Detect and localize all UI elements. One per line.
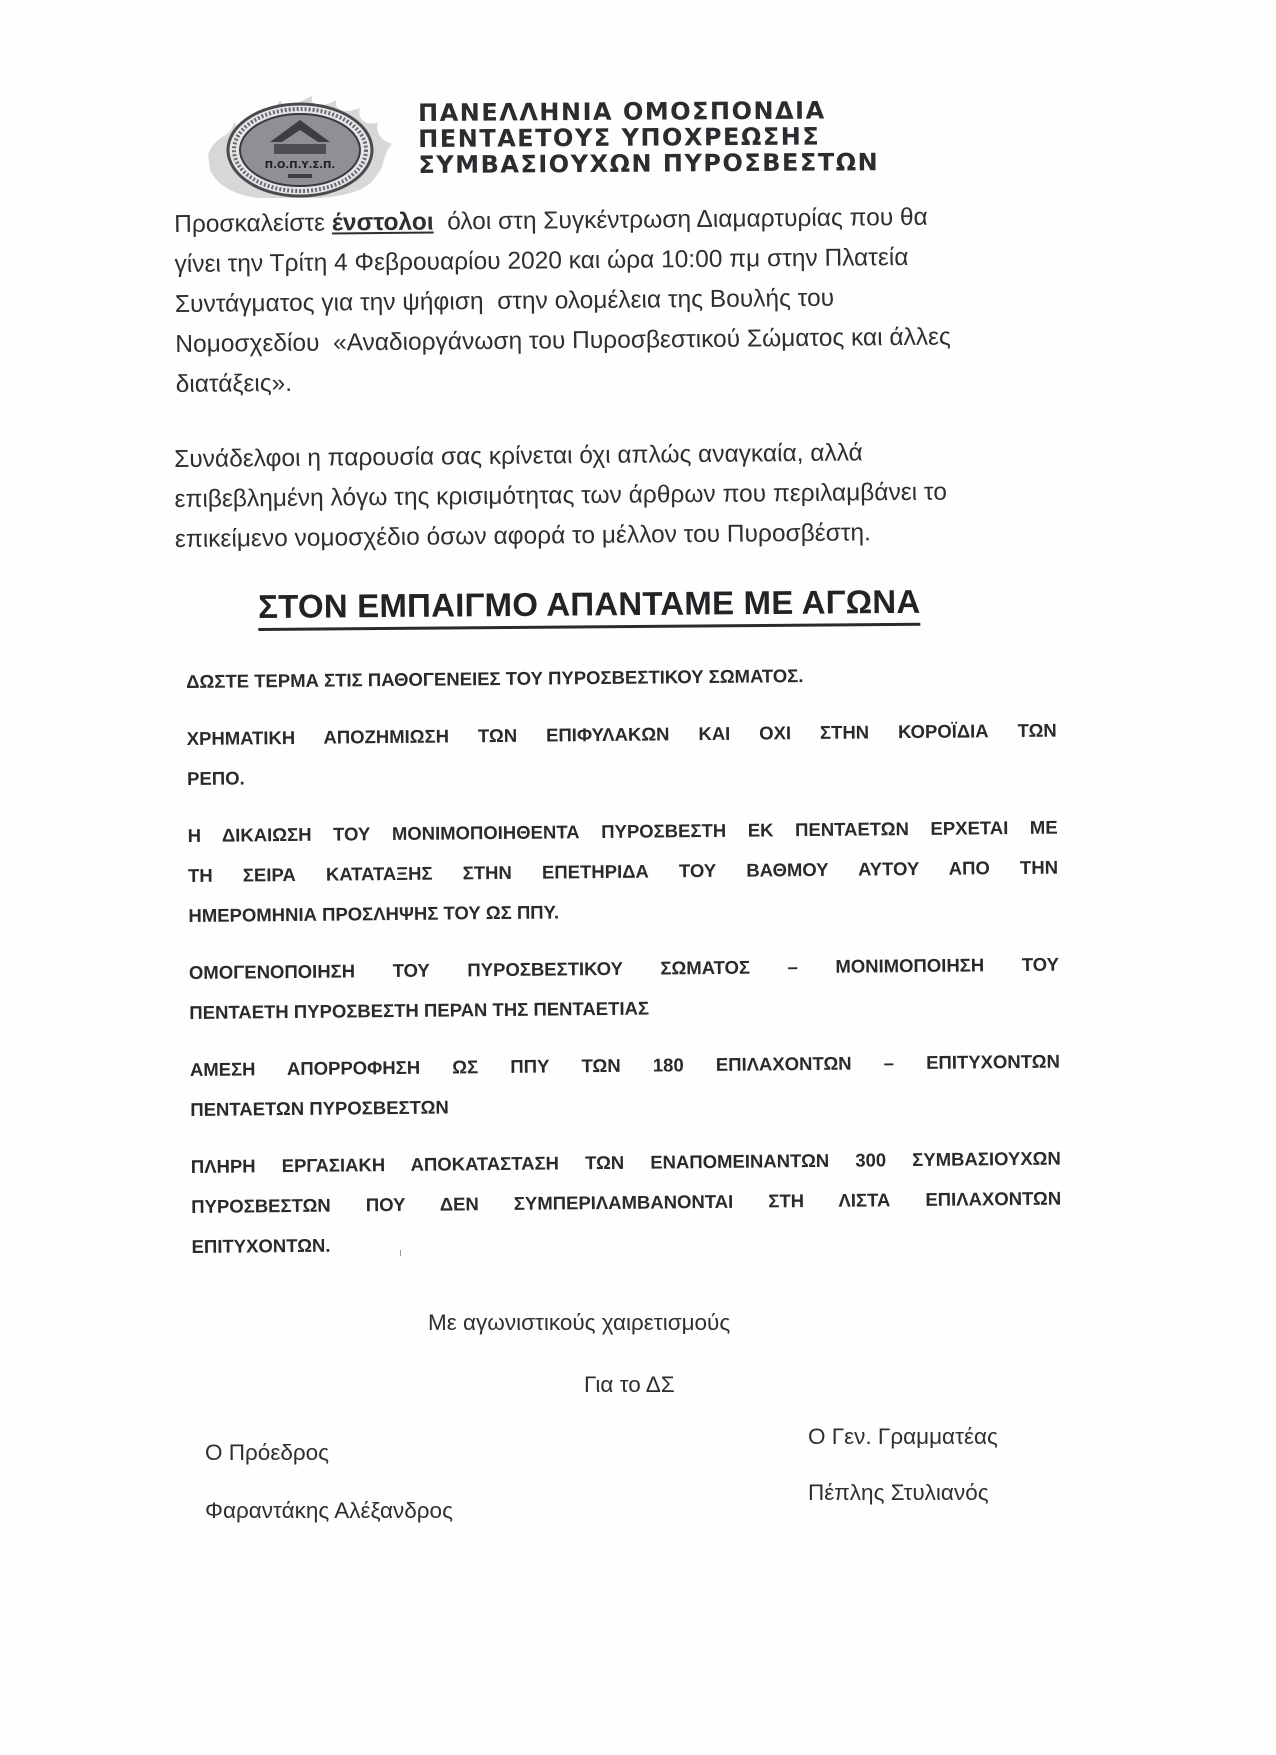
for-board-label: Για το ΔΣ — [584, 1372, 675, 1398]
demand-line: ΔΩΣΤΕ ΤΕΡΜΑ ΣΤΙΣ ΠΑΘΟΓΕΝΕΙΕΣ ΤΟΥ ΠΥΡΟΣΒΕ… — [186, 654, 1056, 702]
invitation-line-5: διατάξεις». — [176, 358, 952, 405]
demand-line: ΕΠΙΤΥΧΟΝΤΩΝ. — [191, 1219, 1061, 1267]
uniformed-emphasis: ένστολοι — [332, 209, 434, 237]
closing-greeting: Με αγωνιστικούς χαιρετισμούς — [428, 1310, 730, 1336]
appeal-line-3: επικείμενο νομοσχέδιο όσων αφορά το μέλλ… — [175, 513, 948, 560]
logo-text: Π.Ο.Π.Υ.Σ.Π. — [265, 160, 335, 171]
scan-speck — [400, 1250, 401, 1256]
demand-item: ΟΜΟΓΕΝΟΠΟΙΗΣΗ ΤΟΥ ΠΥΡΟΣΒΕΣΤΙΚΟΥ ΣΩΜΑΤΟΣ … — [189, 945, 1060, 1033]
invitation-paragraph: Προσκαλείστε ένστολοι όλοι στη Συγκέντρω… — [174, 198, 951, 405]
demand-line: ΑΜΕΣΗ ΑΠΟΡΡΟΦΗΣΗ ΩΣ ΠΠΥ ΤΩΝ 180 ΕΠΙΛΑΧΟΝ… — [190, 1042, 1060, 1090]
organization-name: ΠΑΝΕΛΛΗΝΙΑ ΟΜΟΣΠΟΝΔΙΑ ΠΕΝΤΑΕΤΟΥΣ ΥΠΟΧΡΕΩ… — [418, 97, 879, 178]
secretary-title: Ο Γεν. Γραμματέας — [808, 1424, 998, 1450]
secretary-name: Πέπλης Στυλιανός — [808, 1480, 989, 1506]
demand-line: ΤΗ ΣΕΙΡΑ ΚΑΤΑΤΑΞΗΣ ΣΤΗΝ ΕΠΕΤΗΡΙΔΑ ΤΟΥ ΒΑ… — [188, 848, 1058, 896]
demand-line: ΗΜΕΡΟΜΗΝΙΑ ΠΡΟΣΛΗΨΗΣ ΤΟΥ ΩΣ ΠΠΥ. — [188, 888, 1058, 936]
invitation-line-4: Νομοσχεδίου «Αναδιοργάνωση του Πυροσβεστ… — [175, 318, 951, 365]
invitation-text: Προσκαλείστε — [174, 209, 332, 238]
demand-item: ΠΛΗΡΗ ΕΡΓΑΣΙΑΚΗ ΑΠΟΚΑΤΑΣΤΑΣΗ ΤΩΝ ΕΝΑΠΟΜΕ… — [191, 1139, 1062, 1267]
demand-line: ΠΕΝΤΑΕΤΗ ΠΥΡΟΣΒΕΣΤΗ ΠΕΡΑΝ ΤΗΣ ΠΕΝΤΑΕΤΙΑΣ — [189, 985, 1059, 1033]
demand-item: Η ΔΙΚΑΙΩΣΗ ΤΟΥ ΜΟΝΙΜΟΠΟΙΗΘΕΝΤΑ ΠΥΡΟΣΒΕΣΤ… — [187, 808, 1058, 936]
org-name-line-3: ΣΥΜΒΑΣΙΟΥΧΩΝ ΠΥΡΟΣΒΕΣΤΩΝ — [418, 149, 879, 178]
appeal-paragraph: Συνάδελφοι η παρουσία σας κρίνεται όχι α… — [174, 433, 947, 560]
document-page: Π.Ο.Π.Υ.Σ.Π. ΠΑΝΕΛΛΗΝΙΑ ΟΜΟΣΠΟΝΔΙΑ ΠΕΝΤΑ… — [0, 0, 1276, 1755]
invitation-text: όλοι στη Συγκέντρωση Διαμαρτυρίας που θα — [433, 204, 927, 236]
demand-item: ΑΜΕΣΗ ΑΠΟΡΡΟΦΗΣΗ ΩΣ ΠΠΥ ΤΩΝ 180 ΕΠΙΛΑΧΟΝ… — [190, 1042, 1061, 1130]
demand-line: ΠΕΝΤΑΕΤΩΝ ΠΥΡΟΣΒΕΣΤΩΝ — [190, 1082, 1060, 1130]
demand-line: ΡΕΠΟ. — [187, 751, 1057, 799]
headline-slogan: ΣΤΟΝ ΕΜΠΑΙΓΜΟ ΑΠΑΝΤΑΜΕ ΜΕ ΑΓΩΝΑ — [258, 583, 921, 631]
demand-line: ΟΜΟΓΕΝΟΠΟΙΗΣΗ ΤΟΥ ΠΥΡΟΣΒΕΣΤΙΚΟΥ ΣΩΜΑΤΟΣ … — [189, 945, 1059, 993]
demand-item: ΧΡΗΜΑΤΙΚΗ ΑΠΟΖΗΜΙΩΣΗ ΤΩΝ ΕΠΙΦΥΛΑΚΩΝ ΚΑΙ … — [187, 711, 1058, 799]
union-seal-emblem-icon: Π.Ο.Π.Υ.Σ.Π. — [200, 92, 400, 202]
demand-line: ΠΥΡΟΣΒΕΣΤΩΝ ΠΟΥ ΔΕΝ ΣΥΜΠΕΡΙΛΑΜΒΑΝΟΝΤΑΙ Σ… — [191, 1179, 1061, 1227]
president-title: Ο Πρόεδρος — [205, 1440, 329, 1466]
demand-line: ΧΡΗΜΑΤΙΚΗ ΑΠΟΖΗΜΙΩΣΗ ΤΩΝ ΕΠΙΦΥΛΑΚΩΝ ΚΑΙ … — [187, 711, 1057, 759]
demand-item: ΔΩΣΤΕ ΤΕΡΜΑ ΣΤΙΣ ΠΑΘΟΓΕΝΕΙΕΣ ΤΟΥ ΠΥΡΟΣΒΕ… — [186, 654, 1056, 702]
president-name: Φαραντάκης Αλέξανδρος — [205, 1498, 453, 1524]
demands-list: ΔΩΣΤΕ ΤΕΡΜΑ ΣΤΙΣ ΠΑΘΟΓΕΝΕΙΕΣ ΤΟΥ ΠΥΡΟΣΒΕ… — [186, 654, 1062, 1284]
